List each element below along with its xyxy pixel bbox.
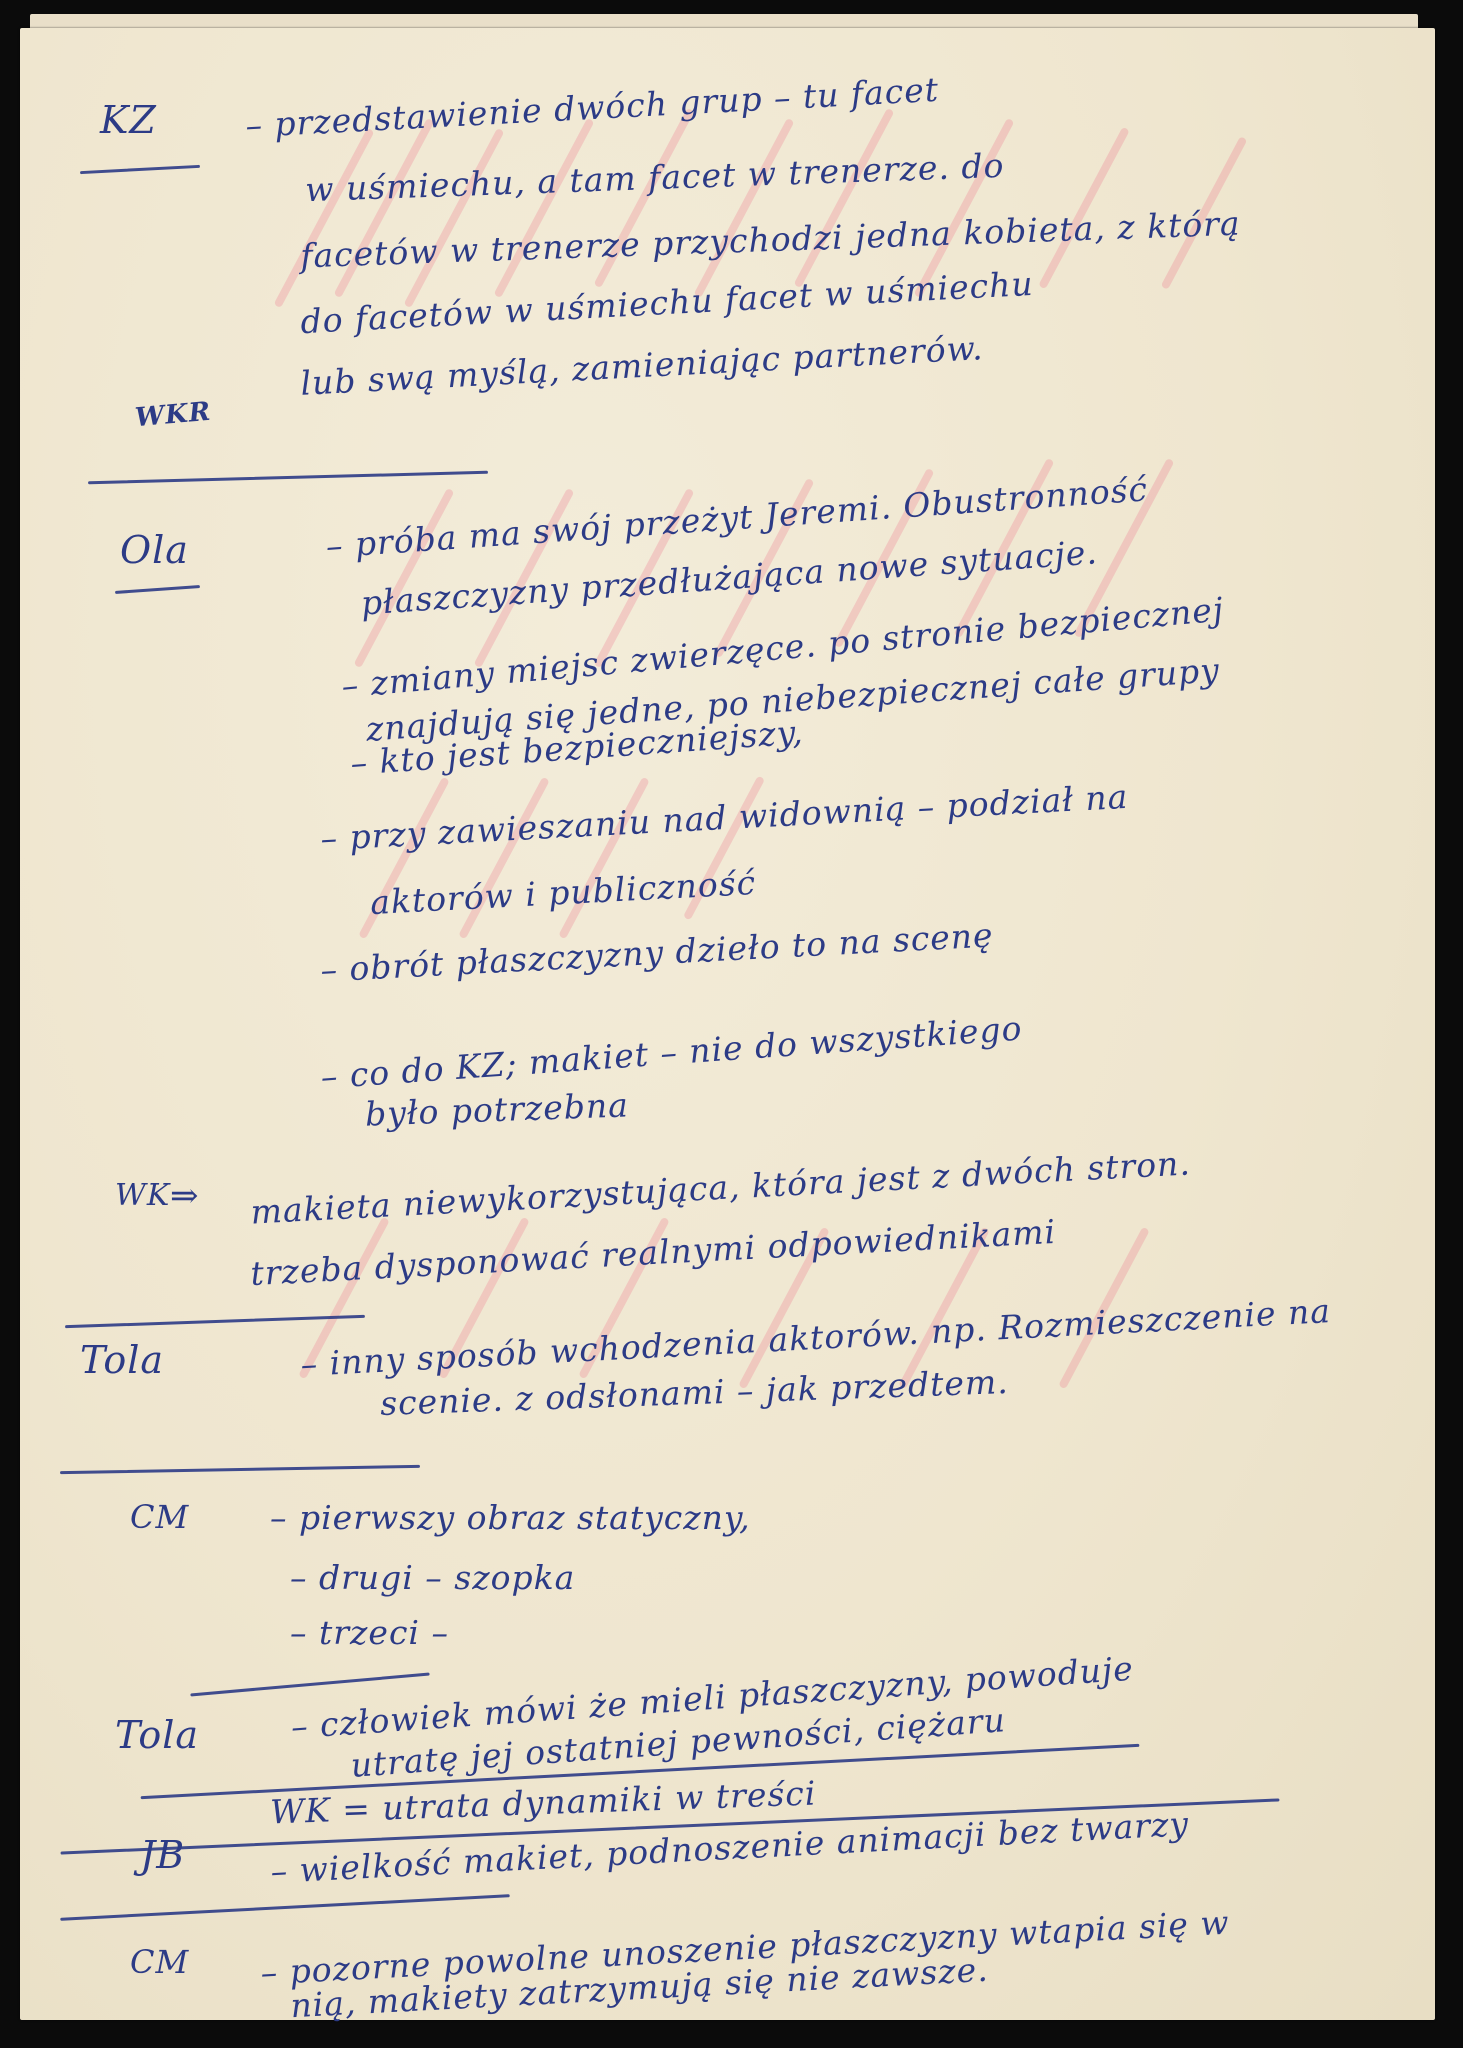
speaker-label-ola: Ola	[120, 528, 189, 572]
highlight-stroke	[794, 108, 895, 288]
note-line: lub swą myślą, zamieniając partnerów.	[299, 328, 984, 403]
paper-sheet: KZ – przedstawienie dwóch grup – tu face…	[20, 28, 1435, 2020]
note-line: – drugi – szopka	[290, 1558, 575, 1597]
note-line: – przedstawienie dwóch grup – tu facet	[244, 70, 939, 145]
highlight-stroke	[694, 118, 795, 298]
speaker-label-jb: JB	[140, 1833, 185, 1877]
note-line: facetów w trenerze przychodzi jedna kobi…	[300, 204, 1242, 276]
highlight-stroke	[274, 128, 375, 308]
underline	[80, 165, 200, 174]
section-divider	[88, 471, 488, 484]
highlight-stroke	[494, 118, 595, 298]
speaker-label-cm: CM	[130, 1498, 189, 1536]
note-line: do facetów w uśmiechu facet w uśmiechu	[299, 264, 1034, 341]
speaker-label-tola-2: Tola	[115, 1713, 199, 1757]
note-line: było potrzebna	[364, 1085, 629, 1133]
note-line: – trzeci –	[290, 1613, 449, 1652]
note-line: – pierwszy obraz statyczny,	[270, 1498, 751, 1537]
speaker-label-kz: KZ	[100, 98, 157, 142]
section-divider	[60, 1894, 510, 1921]
underline	[115, 585, 200, 594]
speaker-label-tola: Tola	[80, 1338, 164, 1382]
highlight-stroke	[558, 777, 650, 940]
speaker-label-cm-2: CM	[130, 1943, 189, 1981]
section-divider	[60, 1465, 420, 1474]
section-divider	[190, 1673, 429, 1697]
highlight-stroke	[404, 128, 505, 308]
section-divider	[65, 1315, 365, 1328]
note-line: – co do KZ; makiet – nie do wszystkiego	[319, 1009, 1023, 1097]
speaker-label-wk: WK	[115, 1178, 170, 1213]
arrow-icon: ⇒	[170, 1176, 200, 1216]
note-line: – obrót płaszczyzny dzieło to na scenę	[319, 915, 994, 989]
side-note-wkr: WKR	[134, 397, 213, 434]
note-line: aktorów i publiczność	[369, 863, 757, 922]
